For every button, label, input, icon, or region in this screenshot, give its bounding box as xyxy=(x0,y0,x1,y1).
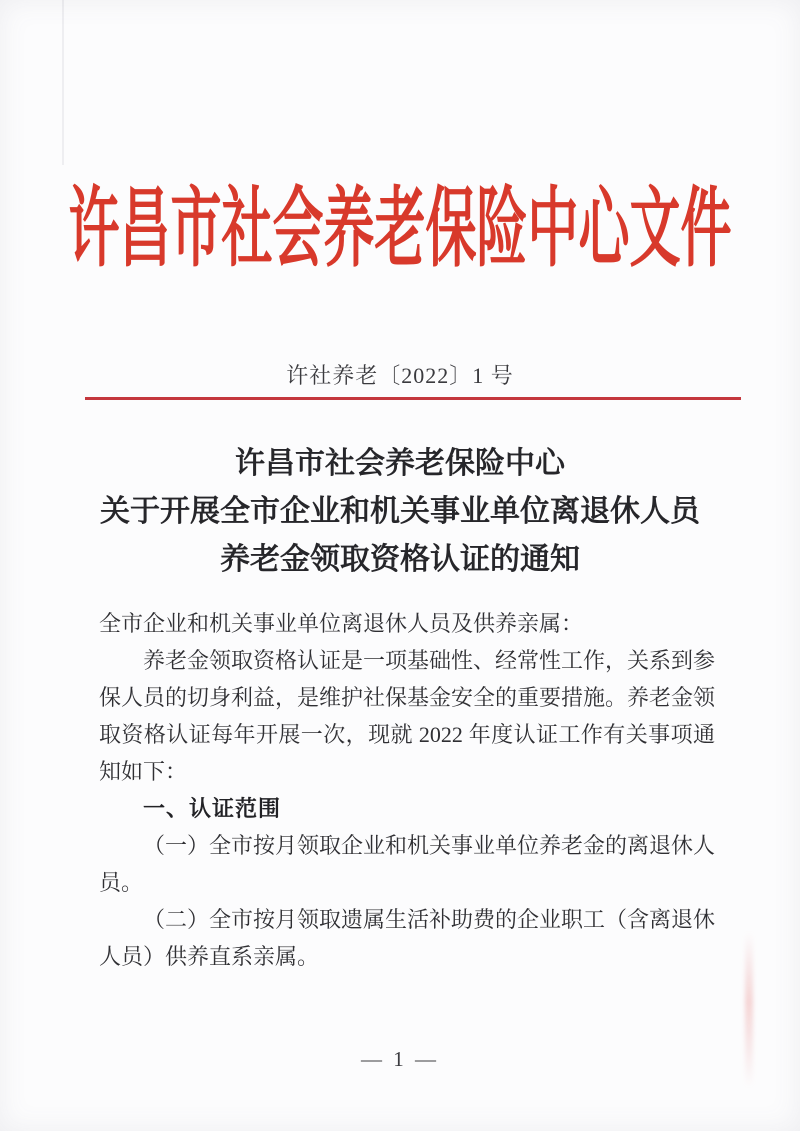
section-1-item-1: （一）全市按月领取企业和机关事业单位养老金的离退休人员。 xyxy=(99,827,715,901)
page-number: — 1 — xyxy=(0,1047,800,1072)
intro-paragraph: 养老金领取资格认证是一项基础性、经常性工作，关系到参保人员的切身利益，是维护社保… xyxy=(99,642,715,790)
salutation: 全市企业和机关事业单位离退休人员及供养亲属： xyxy=(99,605,715,642)
red-separator-rule xyxy=(85,397,741,400)
section-1-heading: 一、认证范围 xyxy=(99,790,715,827)
document-title: 许昌市社会养老保险中心 关于开展全市企业和机关事业单位离退休人员 养老金领取资格… xyxy=(0,440,800,584)
document-title-line-2: 关于开展全市企业和机关事业单位离退休人员 xyxy=(0,488,800,536)
section-1-item-2: （二）全市按月领取遗属生活补助费的企业职工（含离退休人员）供养直系亲属。 xyxy=(99,901,715,975)
scanned-document-page: 许昌市社会养老保险中心文件 许社养老〔2022〕1 号 许昌市社会养老保险中心 … xyxy=(0,0,800,1131)
document-number: 许社养老〔2022〕1 号 xyxy=(0,359,800,390)
letterhead-title: 许昌市社会养老保险中心文件 xyxy=(0,183,800,278)
document-title-line-1: 许昌市社会养老保险中心 xyxy=(0,440,800,488)
document-body: 全市企业和机关事业单位离退休人员及供养亲属： 养老金领取资格认证是一项基础性、经… xyxy=(99,605,715,975)
document-title-line-3: 养老金领取资格认证的通知 xyxy=(0,536,800,584)
scan-paper-edge xyxy=(62,0,64,165)
